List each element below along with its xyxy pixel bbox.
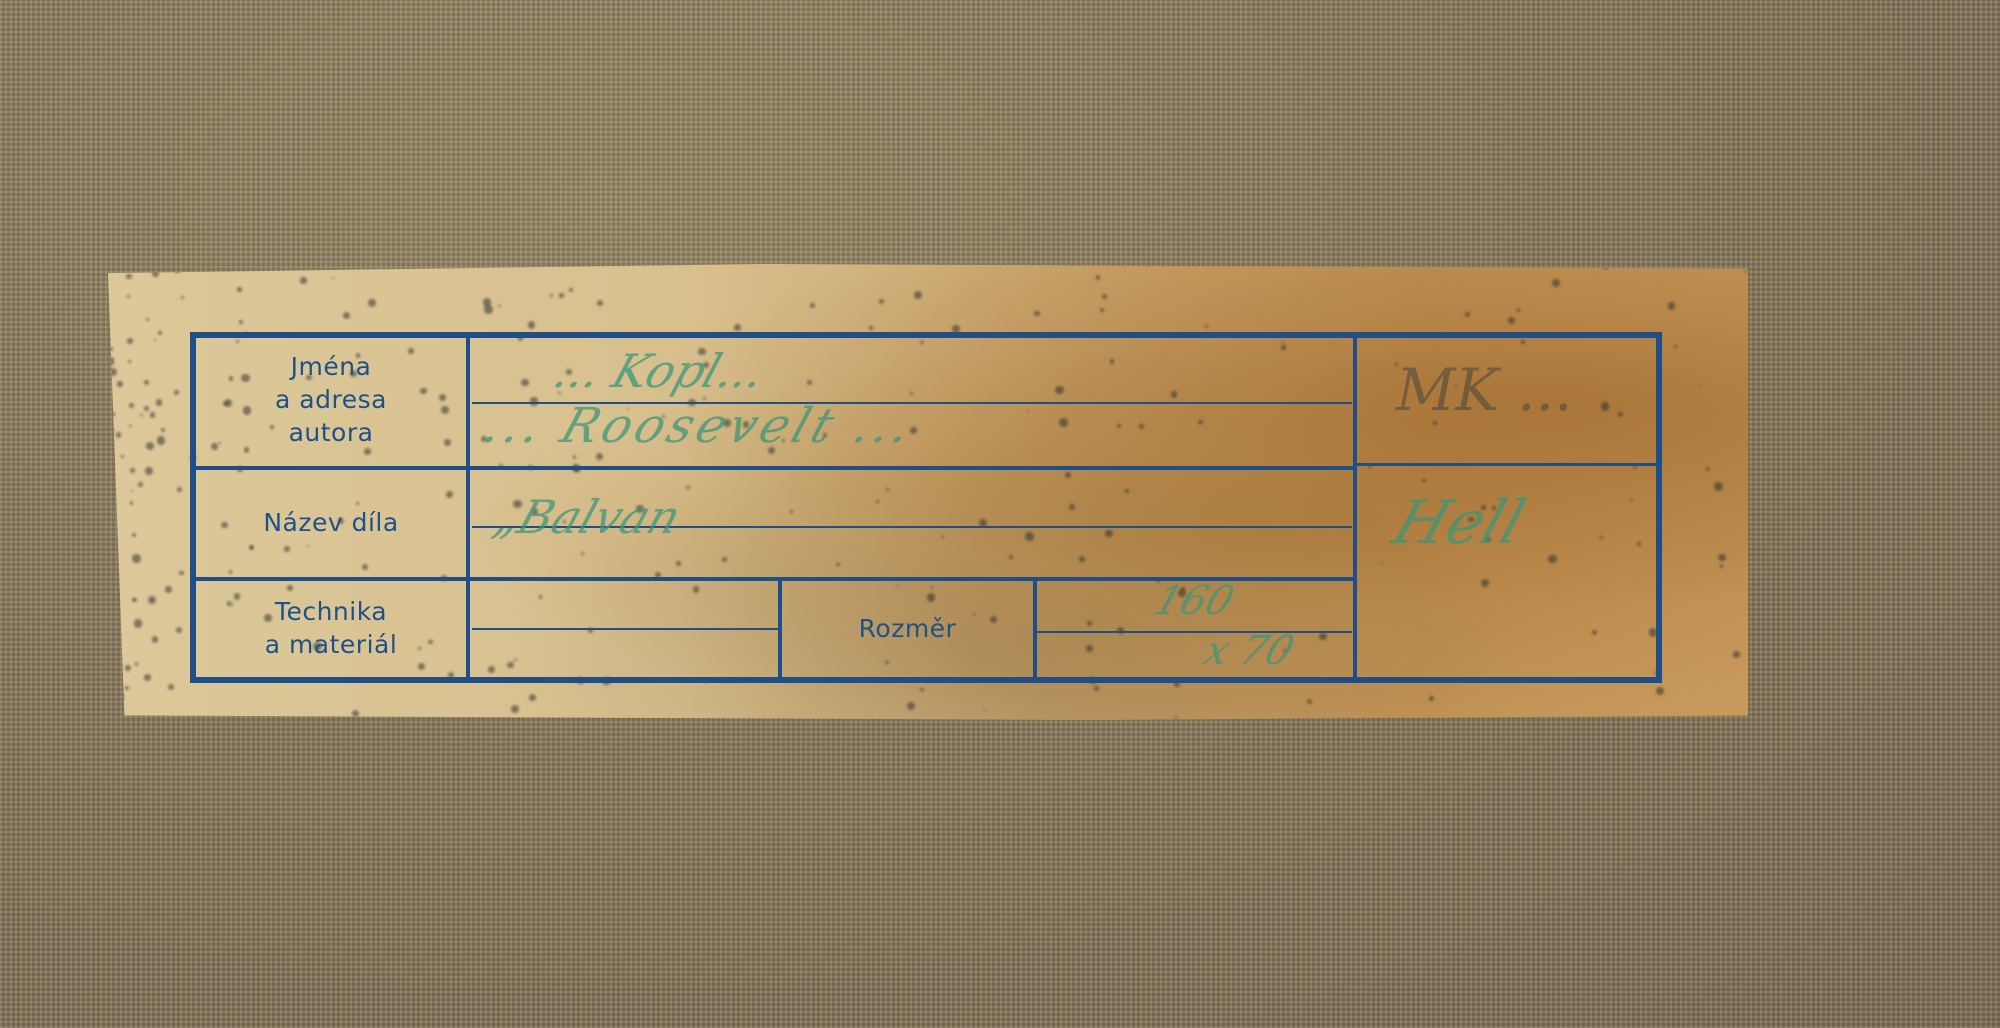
author-field-label: Jména a adresa autora xyxy=(196,350,466,449)
handwritten-author-line-1: ... Kopl... xyxy=(547,344,772,398)
label-line: Technika xyxy=(196,595,466,628)
handwritten-author-line-2: ... Roosevelt ... xyxy=(477,398,922,454)
title-field-label: Název díla xyxy=(196,506,466,539)
column-divider xyxy=(1033,581,1037,677)
pencil-note: MK ... xyxy=(1396,356,1572,424)
exhibition-label: Jména a adresa autora Název díla Technik… xyxy=(108,264,1748,720)
label-line: autora xyxy=(196,416,466,449)
label-line: a adresa xyxy=(196,383,466,416)
handwritten-dimension-2: x 70 xyxy=(1199,628,1300,674)
row-divider xyxy=(196,466,1353,470)
column-divider xyxy=(466,338,470,677)
technique-field-label: Technika a materiál xyxy=(196,595,466,661)
label-line: Jména xyxy=(196,350,466,383)
label-form-grid: Jména a adresa autora Název díla Technik… xyxy=(190,332,1662,683)
handwritten-title: „Balvan xyxy=(487,490,687,544)
handwritten-dimension-1: 160 xyxy=(1149,578,1240,624)
writing-line xyxy=(1037,631,1352,633)
writing-line xyxy=(472,628,778,630)
dimensions-field-label: Rozměr xyxy=(782,612,1033,645)
column-divider xyxy=(1353,338,1357,677)
row-divider xyxy=(1357,463,1662,466)
handwritten-right-note: Hell xyxy=(1385,488,1534,558)
label-line: a materiál xyxy=(196,628,466,661)
